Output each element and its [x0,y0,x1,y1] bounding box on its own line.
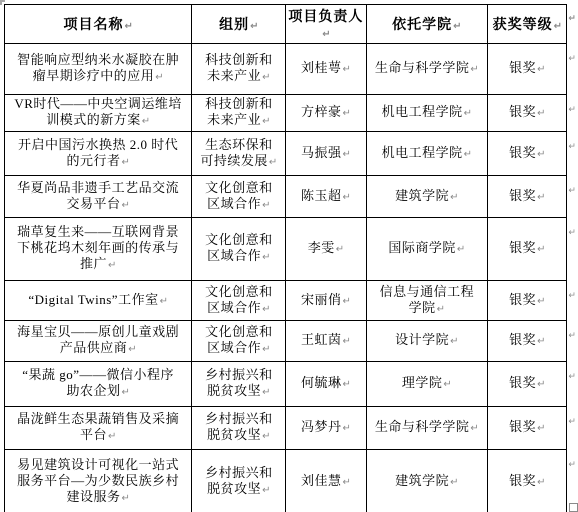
cell-award[interactable]: 银奖↵ [488,362,567,407]
end-of-cell-mark: ↵ [537,108,545,119]
end-of-cell-mark: ↵ [121,200,129,211]
award-level: 银奖 [509,473,536,488]
cell-group[interactable]: 乡村振兴和 脱贫攻坚↵ [192,407,286,450]
cell-group[interactable]: 科技创新和 未来产业↵ [192,44,286,95]
cell-project[interactable]: 瑞草复生来——互联网背景 下桃花坞木刻年画的传承与 推广↵ [5,218,192,281]
end-of-cell-mark: ↵ [262,116,270,127]
cell-project[interactable]: 华夏尚品非遗手工艺品交流 交易平台↵ [5,176,192,218]
end-of-row-area: ↵ [567,95,578,132]
cell-college[interactable]: 生命与科学学院↵ [366,407,488,450]
end-of-cell-mark: ↵ [160,296,168,307]
table-row: 晶泷鲜生态果蔬销售及采摘 平台↵ 乡村振兴和 脱贫攻坚↵ 冯梦丹↵ 生命与科学学… [5,407,578,450]
table-row: “果蔬 go”——微信小程序 助农企划↵ 乡村振兴和 脱贫攻坚↵ 何毓琳↵ 理学… [5,362,578,407]
header-label: 组别 [219,18,249,33]
header-cell-leader[interactable]: 项目负责人↵ [286,5,366,44]
award-level: 银奖 [509,292,536,307]
end-of-cell-mark: ↵ [453,21,461,32]
awards-table: 项目名称↵ 组别↵ 项目负责人↵ 依托学院↵ 获奖等级↵ ↵ 智能响应型纳米水凝… [4,4,578,512]
end-of-cell-mark: ↵ [342,379,350,390]
cell-award[interactable]: 银奖↵ [488,176,567,218]
header-label: 项目名称 [63,18,123,33]
cell-project[interactable]: 易见建筑设计可视化一站式 服务平台—为少数民族乡村 建设服务↵ [5,450,192,512]
header-row: 项目名称↵ 组别↵ 项目负责人↵ 依托学院↵ 获奖等级↵ ↵ [5,5,578,44]
end-of-row-area: ↵ [567,407,578,450]
end-of-cell-mark: ↵ [470,64,478,75]
end-of-cell-mark: ↵ [155,72,163,83]
end-of-cell-mark: ↵ [457,244,465,255]
college-name: 建筑学院 [395,473,449,488]
cell-leader[interactable]: 方梓豪↵ [286,95,366,132]
end-of-cell-mark: ↵ [128,344,136,355]
end-of-cell-mark: ↵ [262,252,270,263]
end-of-cell-mark: ↵ [537,296,545,307]
cell-award[interactable]: 银奖↵ [488,95,567,132]
end-of-cell-mark: ↵ [250,21,258,32]
end-of-row-mark: ↵ [568,54,576,64]
header-label: 获奖等级 [493,18,553,33]
end-of-row-area: ↵ [567,5,578,44]
end-of-row-area: ↵ [567,132,578,176]
project-name: “Digital Twins”工作室 [28,292,158,307]
end-of-cell-mark: ↵ [342,108,350,119]
cell-college[interactable]: 机电工程学院↵ [366,95,488,132]
college-name: 理学院 [402,375,443,390]
end-of-row-mark: ↵ [568,331,576,341]
leader-name: 方梓豪 [301,104,342,119]
cell-project[interactable]: “Digital Twins”工作室↵ [5,281,192,321]
group-name: 生态环保和 可持续发展 [200,137,272,168]
header-cell-group[interactable]: 组别↵ [192,5,286,44]
award-level: 银奖 [509,419,536,434]
leader-name: 宋丽俏 [301,292,342,307]
cell-college[interactable]: 建筑学院↵ [366,176,488,218]
end-of-row-mark: ↵ [568,460,576,470]
end-of-row-area: ↵ [567,176,578,218]
college-name: 信息与通信工程 学院 [380,284,475,315]
award-level: 银奖 [509,104,536,119]
cell-project[interactable]: VR时代——中央空调运维培 训模式的新方案↵ [5,95,192,132]
end-of-cell-mark: ↵ [342,64,350,75]
table-row: VR时代——中央空调运维培 训模式的新方案↵ 科技创新和 未来产业↵ 方梓豪↵ … [5,95,578,132]
end-of-cell-mark: ↵ [342,149,350,160]
end-of-cell-mark: ↵ [554,21,562,32]
header-label: 项目负责人 [288,10,363,25]
end-of-cell-mark: ↵ [464,149,472,160]
cell-project[interactable]: “果蔬 go”——微信小程序 助农企划↵ [5,362,192,407]
project-name: 晶泷鲜生态果蔬销售及采摘 平台 [17,411,179,442]
award-level: 银奖 [509,375,536,390]
college-name: 设计学院 [395,332,449,347]
end-of-cell-mark: ↵ [450,192,458,203]
cell-project[interactable]: 智能响应型纳米水凝胶在肿 瘤早期诊疗中的应用↵ [5,44,192,95]
cell-group[interactable]: 乡村振兴和 脱贫攻坚↵ [192,362,286,407]
header-cell-college[interactable]: 依托学院↵ [366,5,488,44]
award-level: 银奖 [509,188,536,203]
project-name: 瑞草复生来——互联网背景 下桃花坞木刻年画的传承与 推广 [17,224,179,271]
end-of-cell-mark: ↵ [537,64,545,75]
table-resize-handle[interactable] [569,503,578,512]
leader-name: 冯梦丹 [301,419,342,434]
end-of-row-area: ↵ [567,321,578,362]
end-of-cell-mark: ↵ [537,423,545,434]
end-of-cell-mark: ↵ [470,423,478,434]
award-level: 银奖 [509,332,536,347]
cell-college[interactable]: 理学院↵ [366,362,488,407]
end-of-row-area: ↵ [567,44,578,95]
end-of-cell-mark: ↵ [537,244,545,255]
end-of-cell-mark: ↵ [121,493,129,504]
end-of-cell-mark: ↵ [342,336,350,347]
end-of-cell-mark: ↵ [108,431,116,442]
cell-award[interactable]: 银奖↵ [488,450,567,512]
end-of-cell-mark: ↵ [262,387,270,398]
header-label: 依托学院 [392,18,452,33]
end-of-row-mark: ↵ [568,105,576,115]
end-of-cell-mark: ↵ [336,244,344,255]
leader-name: 陈玉超 [301,188,342,203]
end-of-row-mark: ↵ [568,417,576,427]
table-row: 智能响应型纳米水凝胶在肿 瘤早期诊疗中的应用↵ 科技创新和 未来产业↵ 刘桂萼↵… [5,44,578,95]
cell-college[interactable]: 信息与通信工程 学院↵ [366,281,488,321]
end-of-cell-mark: ↵ [124,21,132,32]
end-of-cell-mark: ↵ [262,200,270,211]
cell-leader[interactable]: 刘佳慧↵ [286,450,366,512]
end-of-cell-mark: ↵ [537,477,545,488]
end-of-cell-mark: ↵ [450,477,458,488]
end-of-row-mark: ↵ [568,186,576,196]
leader-name: 王虹茵 [301,332,342,347]
college-name: 生命与科学学院 [375,60,470,75]
cell-award[interactable]: 银奖↵ [488,407,567,450]
award-level: 银奖 [509,60,536,75]
cell-group[interactable]: 文化创意和 区域合作↵ [192,281,286,321]
end-of-cell-mark: ↵ [464,108,472,119]
end-of-cell-mark: ↵ [121,387,129,398]
cell-group[interactable]: 科技创新和 未来产业↵ [192,95,286,132]
end-of-row-mark: ↵ [568,142,576,152]
end-of-row-mark: ↵ [568,372,576,382]
cell-leader[interactable]: 何毓琳↵ [286,362,366,407]
award-level: 银奖 [509,145,536,160]
cell-award[interactable]: 银奖↵ [488,218,567,281]
end-of-cell-mark: ↵ [269,157,277,168]
cell-college[interactable]: 机电工程学院↵ [366,132,488,176]
cell-leader[interactable]: 冯梦丹↵ [286,407,366,450]
end-of-cell-mark: ↵ [342,192,350,203]
table-row: 瑞草复生来——互联网背景 下桃花坞木刻年画的传承与 推广↵ 文化创意和 区域合作… [5,218,578,281]
award-level: 银奖 [509,240,536,255]
cell-leader[interactable]: 刘桂萼↵ [286,44,366,95]
cell-project[interactable]: 晶泷鲜生态果蔬销售及采摘 平台↵ [5,407,192,450]
cell-group[interactable]: 生态环保和 可持续发展↵ [192,132,286,176]
cell-project[interactable]: 开启中国污水换热 2.0 时代 的元行者↵ [5,132,192,176]
project-name: 海星宝贝——原创儿童戏剧 产品供应商 [17,324,179,355]
college-name: 国际商学院 [388,240,456,255]
college-name: 机电工程学院 [382,104,463,119]
end-of-cell-mark: ↵ [108,260,116,271]
project-name: 易见建筑设计可视化一站式 服务平台—为少数民族乡村 建设服务 [17,457,179,504]
end-of-cell-mark: ↵ [537,336,545,347]
table-row: 易见建筑设计可视化一站式 服务平台—为少数民族乡村 建设服务↵ 乡村振兴和 脱贫… [5,450,578,512]
cell-award[interactable]: 银奖↵ [488,132,567,176]
end-of-cell-mark: ↵ [450,336,458,347]
end-of-cell-mark: ↵ [342,423,350,434]
cell-leader[interactable]: 陈玉超↵ [286,176,366,218]
cell-group[interactable]: 乡村振兴和 脱贫攻坚↵ [192,450,286,512]
leader-name: 李雯 [308,240,335,255]
cell-college[interactable]: 国际商学院↵ [366,218,488,281]
project-name: “果蔬 go”——微信小程序 助农企划 [22,367,174,398]
end-of-cell-mark: ↵ [262,72,270,83]
college-name: 机电工程学院 [382,145,463,160]
cell-leader[interactable]: 王虹茵↵ [286,321,366,362]
leader-name: 刘桂萼 [301,60,342,75]
header-cell-award[interactable]: 获奖等级↵ [488,5,567,44]
end-of-cell-mark: ↵ [537,149,545,160]
table-row: “Digital Twins”工作室↵ 文化创意和 区域合作↵ 宋丽俏↵ 信息与… [5,281,578,321]
table-row: 开启中国污水换热 2.0 时代 的元行者↵ 生态环保和 可持续发展↵ 马振强↵ … [5,132,578,176]
end-of-row-mark: ↵ [568,14,577,24]
end-of-cell-mark: ↵ [262,485,270,496]
end-of-row-area: ↵ [567,218,578,281]
leader-name: 何毓琳 [301,375,342,390]
end-of-cell-mark: ↵ [537,379,545,390]
cell-leader[interactable]: 宋丽俏↵ [286,281,366,321]
end-of-cell-mark: ↵ [437,304,445,315]
end-of-cell-mark: ↵ [262,344,270,355]
end-of-row-mark: ↵ [568,228,576,238]
project-name: 开启中国污水换热 2.0 时代 的元行者 [18,137,178,168]
cell-group[interactable]: 文化创意和 区域合作↵ [192,321,286,362]
college-name: 建筑学院 [395,188,449,203]
table-row: 海星宝贝——原创儿童戏剧 产品供应商↵ 文化创意和 区域合作↵ 王虹茵↵ 设计学… [5,321,578,362]
end-of-cell-mark: ↵ [262,304,270,315]
cell-college[interactable]: 建筑学院↵ [366,450,488,512]
leader-name: 马振强 [301,145,342,160]
leader-name: 刘佳慧 [301,473,342,488]
project-name: 华夏尚品非遗手工艺品交流 交易平台 [17,180,179,211]
cell-award[interactable]: 银奖↵ [488,281,567,321]
end-of-row-mark: ↵ [568,291,576,301]
cell-award[interactable]: 银奖↵ [488,321,567,362]
cell-award[interactable]: 银奖↵ [488,44,567,95]
cell-leader[interactable]: 马振强↵ [286,132,366,176]
cell-group[interactable]: 文化创意和 区域合作↵ [192,176,286,218]
end-of-row-area: ↵ [567,362,578,407]
end-of-cell-mark: ↵ [342,296,350,307]
end-of-cell-mark: ↵ [262,431,270,442]
cell-college[interactable]: 生命与科学学院↵ [366,44,488,95]
college-name: 生命与科学学院 [375,419,470,434]
project-name: VR时代——中央空调运维培 训模式的新方案 [14,96,182,127]
end-of-cell-mark: ↵ [537,192,545,203]
cell-college[interactable]: 设计学院↵ [366,321,488,362]
end-of-cell-mark: ↵ [121,157,129,168]
end-of-row-area: ↵ [567,281,578,321]
end-of-cell-mark: ↵ [342,477,350,488]
header-cell-project-name[interactable]: 项目名称↵ [5,5,192,44]
cell-group[interactable]: 文化创意和 区域合作↵ [192,218,286,281]
cell-leader[interactable]: 李雯↵ [286,218,366,281]
end-of-cell-mark: ↵ [443,379,451,390]
cell-project[interactable]: 海星宝贝——原创儿童戏剧 产品供应商↵ [5,321,192,362]
table-row: 华夏尚品非遗手工艺品交流 交易平台↵ 文化创意和 区域合作↵ 陈玉超↵ 建筑学院… [5,176,578,218]
end-of-cell-mark: ↵ [142,116,150,127]
end-of-cell-mark: ↵ [322,29,330,40]
